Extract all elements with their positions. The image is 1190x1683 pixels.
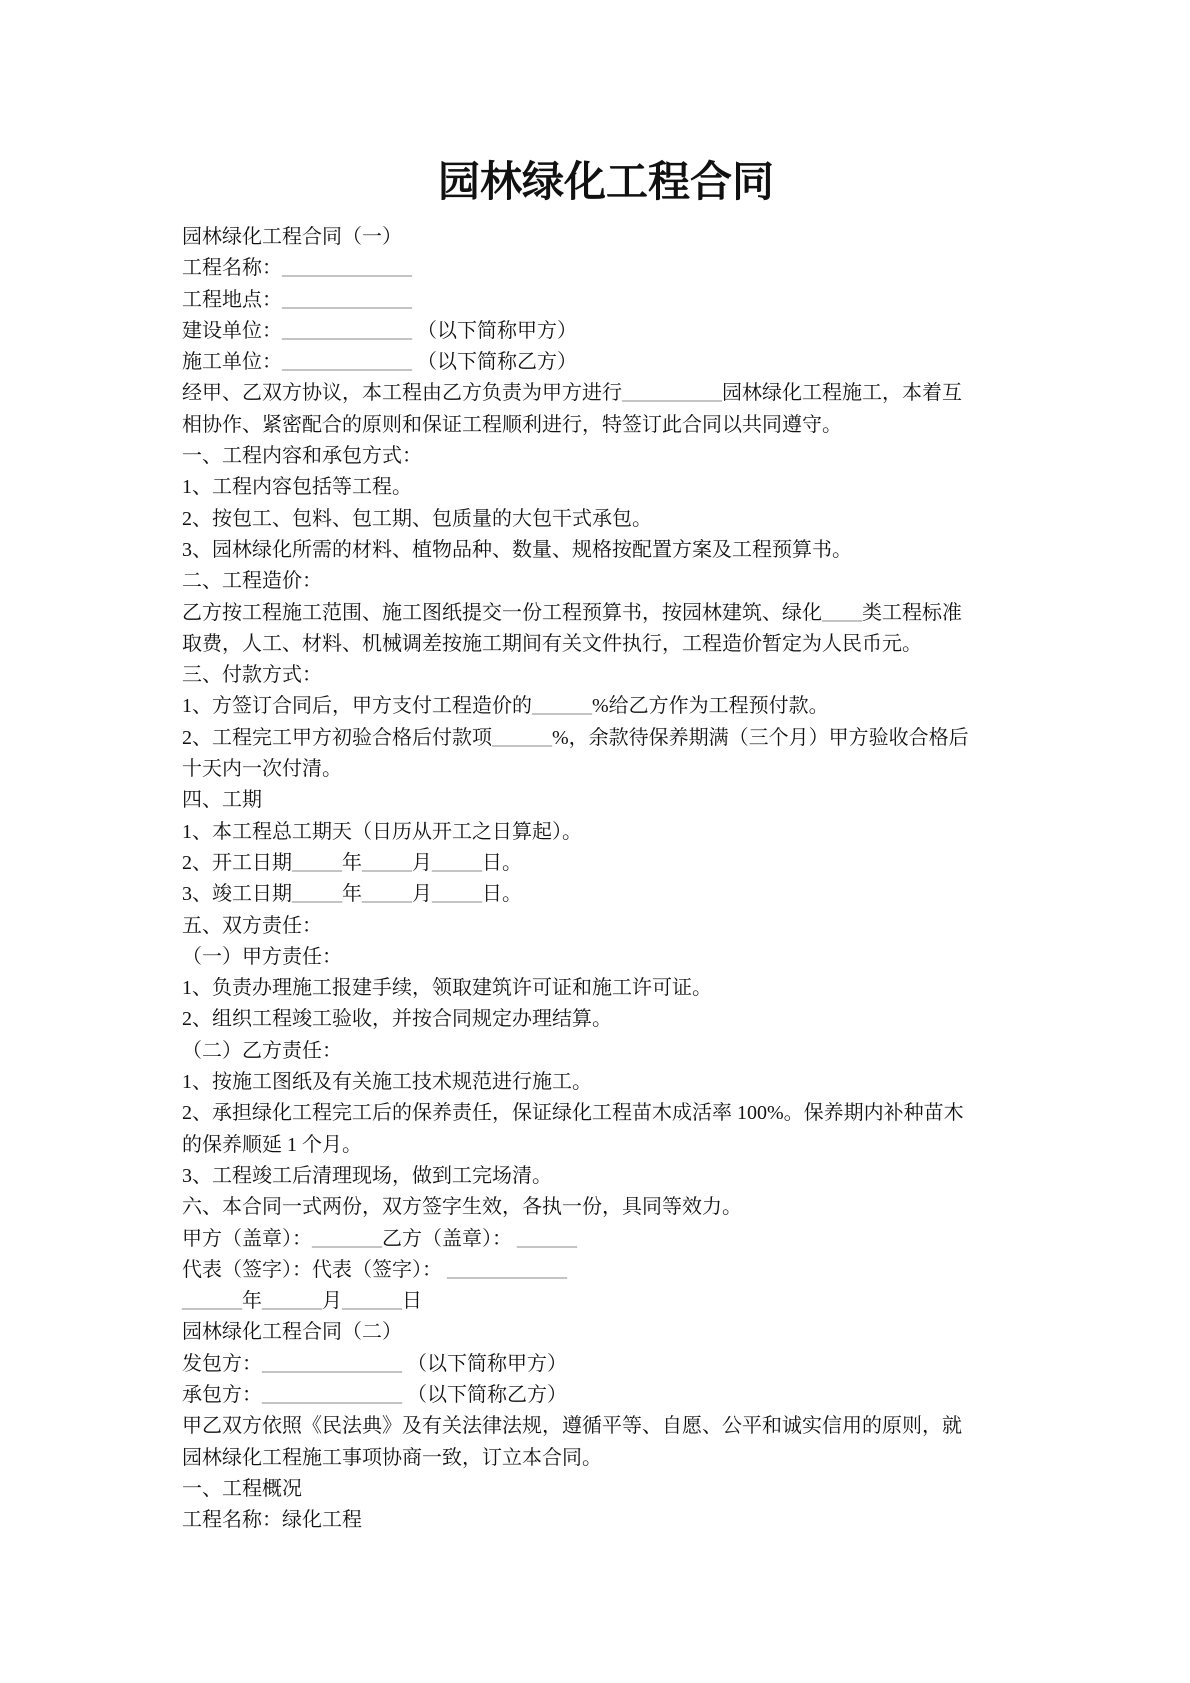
text-line: 乙方按工程施工范围、施工图纸提交一份工程预算书，按园林建筑、绿化____类工程标… [182, 598, 1030, 629]
text-line: 工程地点：_____________ [182, 285, 1030, 316]
text-line: 工程名称：绿化工程 [182, 1505, 1030, 1536]
text-line: 园林绿化工程合同（一） [182, 222, 1030, 253]
text-line: 五、双方责任： [182, 911, 1030, 942]
text-line: 1、负责办理施工报建手续，领取建筑许可证和施工许可证。 [182, 973, 1030, 1004]
blank-underline: _____________ [282, 257, 412, 279]
text-line: 工程名称：_____________ [182, 253, 1030, 284]
text-line: 一、工程概况 [182, 1474, 1030, 1505]
text-line: 园林绿化工程合同（二） [182, 1317, 1030, 1348]
text-line: 的保养顺延 1 个月。 [182, 1130, 1030, 1161]
text-line: 2、开工日期_____年_____月_____日。 [182, 848, 1030, 879]
blank-underline: _____________ [282, 320, 412, 342]
document-body: 园林绿化工程合同（一）工程名称：_____________工程地点：______… [182, 222, 1030, 1536]
blank-underline: __________ [622, 382, 722, 404]
text-line: 甲方（盖章）：_______乙方（盖章）： ______ [182, 1224, 1030, 1255]
blank-underline: _____ [362, 852, 412, 874]
text-line: （二）乙方责任： [182, 1036, 1030, 1067]
blank-underline: _______ [312, 1228, 382, 1250]
text-line: 2、组织工程竣工验收，并按合同规定办理结算。 [182, 1004, 1030, 1035]
text-line: 1、工程内容包括等工程。 [182, 472, 1030, 503]
text-line: 相协作、紧密配合的原则和保证工程顺利进行，特签订此合同以共同遵守。 [182, 410, 1030, 441]
blank-underline: ____ [822, 602, 862, 624]
text-line: 承包方：______________ （以下简称乙方） [182, 1380, 1030, 1411]
blank-underline: ______________ [262, 1384, 402, 1406]
blank-underline: _____________ [282, 351, 412, 373]
text-line: 三、付款方式： [182, 660, 1030, 691]
text-line: 1、按施工图纸及有关施工技术规范进行施工。 [182, 1067, 1030, 1098]
text-line: 二、工程造价： [182, 566, 1030, 597]
text-line: 十天内一次付清。 [182, 754, 1030, 785]
text-line: 取费，人工、材料、机械调差按施工期间有关文件执行，工程造价暂定为人民币元。 [182, 629, 1030, 660]
blank-underline: ______ [182, 1290, 242, 1312]
text-line: 代表（签字）：代表（签字）： ____________ [182, 1255, 1030, 1286]
text-line: 1、方签订合同后，甲方支付工程造价的______%给乙方作为工程预付款。 [182, 691, 1030, 722]
text-line: 一、工程内容和承包方式： [182, 441, 1030, 472]
blank-underline: ______ [492, 727, 552, 749]
blank-underline: _____ [432, 883, 482, 905]
text-line: 3、工程竣工后清理现场，做到工完场清。 [182, 1161, 1030, 1192]
text-line: 3、园林绿化所需的材料、植物品种、数量、规格按配置方案及工程预算书。 [182, 535, 1030, 566]
text-line: 六、本合同一式两份，双方签字生效，各执一份，具同等效力。 [182, 1192, 1030, 1223]
text-line: 经甲、乙双方协议，本工程由乙方负责为甲方进行__________园林绿化工程施工… [182, 378, 1030, 409]
text-line: 3、竣工日期_____年_____月_____日。 [182, 879, 1030, 910]
page-title: 园林绿化工程合同 [182, 0, 1030, 210]
text-line: ______年______月______日 [182, 1286, 1030, 1317]
text-line: 1、本工程总工期天（日历从开工之日算起）。 [182, 817, 1030, 848]
blank-underline: ______________ [262, 1353, 402, 1375]
blank-underline: _____ [292, 852, 342, 874]
text-line: 园林绿化工程施工事项协商一致，订立本合同。 [182, 1443, 1030, 1474]
text-line: 2、工程完工甲方初验合格后付款项______%，余款待保养期满（三个月）甲方验收… [182, 723, 1030, 754]
text-line: 建设单位：_____________ （以下简称甲方） [182, 316, 1030, 347]
blank-underline: _____________ [282, 289, 412, 311]
text-line: 2、按包工、包料、包工期、包质量的大包干式承包。 [182, 504, 1030, 535]
text-line: （一）甲方责任： [182, 942, 1030, 973]
blank-underline: _____ [432, 852, 482, 874]
blank-underline: _____ [362, 883, 412, 905]
text-line: 甲乙双方依照《民法典》及有关法律法规，遵循平等、自愿、公平和诚实信用的原则，就 [182, 1411, 1030, 1442]
text-line: 2、承担绿化工程完工后的保养责任，保证绿化工程苗木成活率 100%。保养期内补种… [182, 1098, 1030, 1129]
blank-underline: ______ [532, 695, 592, 717]
text-line: 四、工期 [182, 785, 1030, 816]
blank-underline: ______ [517, 1228, 577, 1250]
blank-underline: ______ [262, 1290, 322, 1312]
contract-document: 园林绿化工程合同 园林绿化工程合同（一）工程名称：_____________工程… [0, 0, 1190, 1683]
text-line: 施工单位：_____________ （以下简称乙方） [182, 347, 1030, 378]
blank-underline: ______ [342, 1290, 402, 1312]
text-line: 发包方：______________ （以下简称甲方） [182, 1349, 1030, 1380]
blank-underline: ____________ [447, 1259, 567, 1281]
blank-underline: _____ [292, 883, 342, 905]
